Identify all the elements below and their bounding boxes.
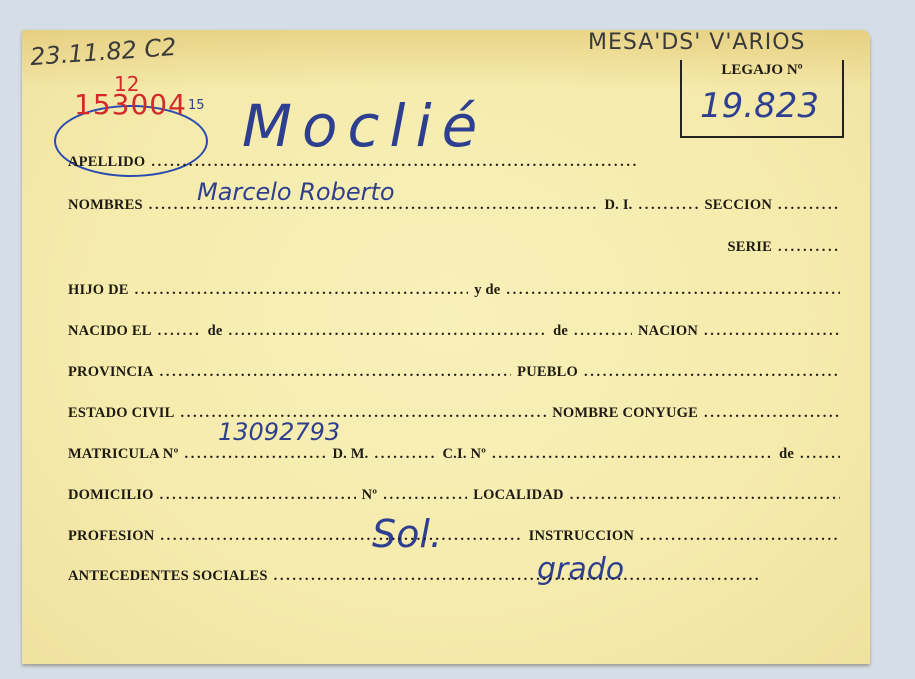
domicilio-label: DOMICILIO — [68, 487, 154, 504]
seccion-field[interactable] — [778, 197, 840, 214]
di-field[interactable] — [639, 197, 699, 214]
nacido-mes-field[interactable] — [228, 323, 547, 340]
profesion-field[interactable] — [160, 528, 522, 545]
row-estado-civil: ESTADO CIVIL NOMBRE CONYUGE — [68, 405, 840, 427]
ci-label: C.I. Nº — [442, 446, 486, 463]
nacido-el-label: NACIDO EL — [68, 323, 152, 340]
estado-civil-field[interactable] — [180, 405, 546, 422]
circled-number: 153004 — [74, 88, 187, 121]
provincia-field[interactable] — [160, 364, 512, 381]
antecedentes-label: ANTECEDENTES SOCIALES — [68, 568, 268, 585]
legajo-label: LEGAJO Nº — [682, 62, 842, 79]
nacido-dia-field[interactable] — [158, 323, 202, 340]
legajo-value: 19.823 — [700, 86, 819, 126]
y-de-field[interactable] — [506, 282, 840, 299]
serie-label: SERIE — [727, 239, 772, 256]
instruccion-field[interactable] — [640, 528, 840, 545]
date-code-annotation: 23.11.82 C2 — [29, 33, 177, 71]
y-de-label: y de — [474, 282, 500, 299]
nombres-label: NOMBRES — [68, 197, 143, 214]
localidad-field[interactable] — [570, 487, 840, 504]
pueblo-field[interactable] — [584, 364, 840, 381]
numero-field[interactable] — [383, 487, 467, 504]
nacido-anio-field[interactable] — [574, 323, 632, 340]
dm-field[interactable] — [374, 446, 436, 463]
row-nombres: NOMBRES D. I. SECCION — [68, 197, 840, 219]
di-label: D. I. — [605, 197, 633, 214]
apellido-label: APELLIDO — [68, 154, 145, 171]
row-antecedentes: ANTECEDENTES SOCIALES — [68, 568, 840, 590]
seccion-label: SECCION — [705, 197, 772, 214]
instruccion-label: INSTRUCCION — [529, 528, 634, 545]
ci-de-label: de — [779, 446, 794, 463]
apellido-field[interactable] — [151, 154, 834, 171]
row-serie: SERIE — [68, 239, 840, 261]
de-label-1: de — [208, 323, 223, 340]
hijo-de-field[interactable] — [135, 282, 469, 299]
de-label-2: de — [553, 323, 568, 340]
matricula-label: MATRICULA Nº — [68, 446, 178, 463]
nacion-label: NACION — [638, 323, 698, 340]
row-matricula: MATRICULA Nº D. M. C.I. Nº de — [68, 446, 840, 468]
dm-label: D. M. — [332, 446, 368, 463]
top-right-note: MESA'DS' V'ARIOS — [588, 30, 806, 55]
serie-field[interactable] — [778, 239, 840, 256]
pueblo-label: PUEBLO — [517, 364, 578, 381]
legajo-box: LEGAJO Nº 19.823 — [680, 60, 844, 138]
circled-superscript: 15 — [188, 98, 205, 113]
row-domicilio: DOMICILIO Nº LOCALIDAD — [68, 487, 840, 509]
nombres-field[interactable] — [149, 197, 599, 214]
ci-field[interactable] — [492, 446, 773, 463]
estado-civil-label: ESTADO CIVIL — [68, 405, 174, 422]
row-nacido: NACIDO EL de de NACION — [68, 323, 840, 345]
record-card: 23.11.82 C2 12 153004 15 MESA'DS' V'ARIO… — [22, 30, 870, 664]
apellido-value: Moclié — [242, 92, 487, 160]
provincia-label: PROVINCIA — [68, 364, 154, 381]
ci-de-field[interactable] — [800, 446, 840, 463]
row-hijo-de: HIJO DE y de — [68, 282, 840, 304]
antecedentes-field[interactable] — [274, 568, 840, 585]
nacion-field[interactable] — [704, 323, 840, 340]
localidad-label: LOCALIDAD — [473, 487, 563, 504]
hijo-de-label: HIJO DE — [68, 282, 129, 299]
nombre-conyuge-label: NOMBRE CONYUGE — [552, 405, 698, 422]
row-profesion: PROFESION INSTRUCCION — [68, 528, 840, 550]
numero-label: Nº — [362, 487, 378, 504]
row-provincia: PROVINCIA PUEBLO — [68, 364, 840, 386]
nombre-conyuge-field[interactable] — [704, 405, 840, 422]
domicilio-field[interactable] — [160, 487, 356, 504]
profesion-label: PROFESION — [68, 528, 154, 545]
matricula-field[interactable] — [184, 446, 326, 463]
row-apellido: APELLIDO — [68, 154, 840, 176]
